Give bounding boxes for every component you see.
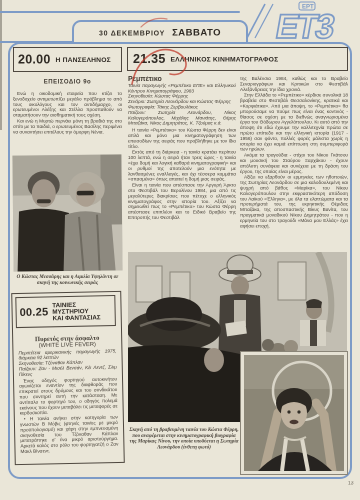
episode-label: ΕΠΕΙΣΟΔΙΟ 9ο xyxy=(13,79,122,84)
title-panselinos: Η ΠΑΝΣΕΛΗΝΟΣ xyxy=(56,56,111,64)
header-rule-top xyxy=(0,11,240,13)
rebetiko-caption-wrap: Σκηνή από τη βραβευμένη ταινία του Κώστα… xyxy=(129,427,239,463)
rebetiko-col2: της Βαλένσια 1984, καθώς και το Βραβείο … xyxy=(240,76,348,249)
paragraph: • Η ταινία ανήκει στην κατηγορία των γνω… xyxy=(20,415,119,455)
time-0025: 00.25 xyxy=(19,305,48,319)
tv-guide-page: 30 ΔΕΚΕΜΒΡΙΟΥ ΣΑΒΒΑΤΟ ΕΡΤ ET3 20.00 Η ΠΑ… xyxy=(0,0,360,500)
listing-2000-header: 20.00 Η ΠΑΝΣΕΛΗΝΟΣ xyxy=(13,47,122,72)
listing-0025-header: 00.25 ΤΑΙΝΙΕΣ ΜΥΣΤΗΡΙΟΥ ΚΑΙ ΦΑΝΤΑΣΙΑΣ xyxy=(15,295,116,328)
listing-2135-header: 21.35 ΕΛΛΗΝΙΚΟΣ ΚΙΝΗΜΑΤΟΓΡΑΦΟΣ xyxy=(127,47,348,71)
page-number: 13 xyxy=(348,481,360,486)
paragraph: Στην Ελλάδα το «Ρεμπέτικο» κέρδισε συνολ… xyxy=(240,93,348,152)
time-2000: 20.00 xyxy=(18,52,51,67)
paragraph: Ακόμα τα τραγούδια - στίχοι του Νίκου Γκ… xyxy=(240,153,348,175)
credit-line: Ταινία παραγωγής «Ρεμπέτικο ΕΠΕ» και Ελλ… xyxy=(128,83,236,94)
category-line: ΚΑΙ ΦΑΝΤΑΣΙΑΣ xyxy=(52,314,100,322)
logo-big-text: ET3 xyxy=(273,8,337,45)
panselinos-photo-caption: Ο Κώστας Μεσσάρης και η Αιμιλία Υψηλάντη… xyxy=(13,274,122,286)
date-label: 30 ΔΕΚΕΜΒΡΙΟΥ xyxy=(99,29,165,37)
paragraph: Είναι η ταινία που απέσπασε την Αργυρή Ά… xyxy=(128,183,236,221)
listing-0025-box: 00.25 ΤΑΙΝΙΕΣ ΜΥΣΤΗΡΙΟΥ ΚΑΙ ΦΑΝΤΑΣΙΑΣ Πυ… xyxy=(11,291,125,465)
credit-line: Παίζουν: Σωτηρία Λεονάρδου, Νίκος Καλογε… xyxy=(128,110,236,126)
panselinos-photo xyxy=(12,154,122,271)
episode-label-wrap: ΕΠΕΙΣΟΔΙΟ 9ο xyxy=(13,79,122,88)
paragraph: Ένας οδηγός φορτηγού αυτοκινήτου αγωνίζε… xyxy=(19,376,118,416)
scan-edge xyxy=(0,0,2,130)
paragraph: Εκτός από τη διάρκεια - η ταινία κρατάει… xyxy=(128,150,236,182)
rebetiko-photo-caption: Σκηνή από τη βραβευμένη ταινία του Κώστα… xyxy=(129,427,239,450)
category-greek-cinema: ΕΛΛΗΝΙΚΟΣ ΚΙΝΗΜΑΤΟΓΡΑΦΟΣ xyxy=(171,55,279,63)
mystery-body: Πυρετός στην άσφαλτο (WHITE LIVE FEVER) … xyxy=(18,332,119,460)
paragraph: Και ενώ η Μυρτώ περνάει μόνη τη βραδιά τ… xyxy=(13,118,122,134)
panselinos-text: Ενώ η οικοδομική εταιρεία που κτίζει το … xyxy=(13,91,122,154)
rebetiko-film-title: Ρεμπέτικο xyxy=(128,76,236,81)
paragraph: της Βαλένσια 1984, καθώς και το Βραβείο … xyxy=(240,76,348,92)
time-2135: 21.35 xyxy=(133,52,166,67)
rebetiko-inset-photo xyxy=(241,352,347,474)
page-number-wrap: 13 xyxy=(348,481,360,489)
date-tab: 30 ΔΕΚΕΜΒΡΙΟΥ ΣΑΒΒΑΤΟ xyxy=(72,20,248,44)
paragraph: Αξίζει να εξαρθούν οι ερμηνείες των ηθοπ… xyxy=(240,175,348,229)
ert3-logo: ΕΡΤ ET3 xyxy=(243,0,356,45)
paragraph: Η ταινία «Ρεμπέτικο» του Κώστα Φέρρη δεν… xyxy=(128,128,236,150)
day-label: ΣΑΒΒΑΤΟ xyxy=(172,28,221,39)
rebetiko-col1: Ρεμπέτικο Ταινία παραγωγής «Ρεμπέτικο ΕΠ… xyxy=(128,76,236,249)
paragraph: Ενώ η οικοδομική εταιρεία που κτίζει το … xyxy=(13,91,122,118)
panselinos-caption-wrap: Ο Κώστας Μεσσάρης και η Αιμιλία Υψηλάντη… xyxy=(13,274,122,288)
